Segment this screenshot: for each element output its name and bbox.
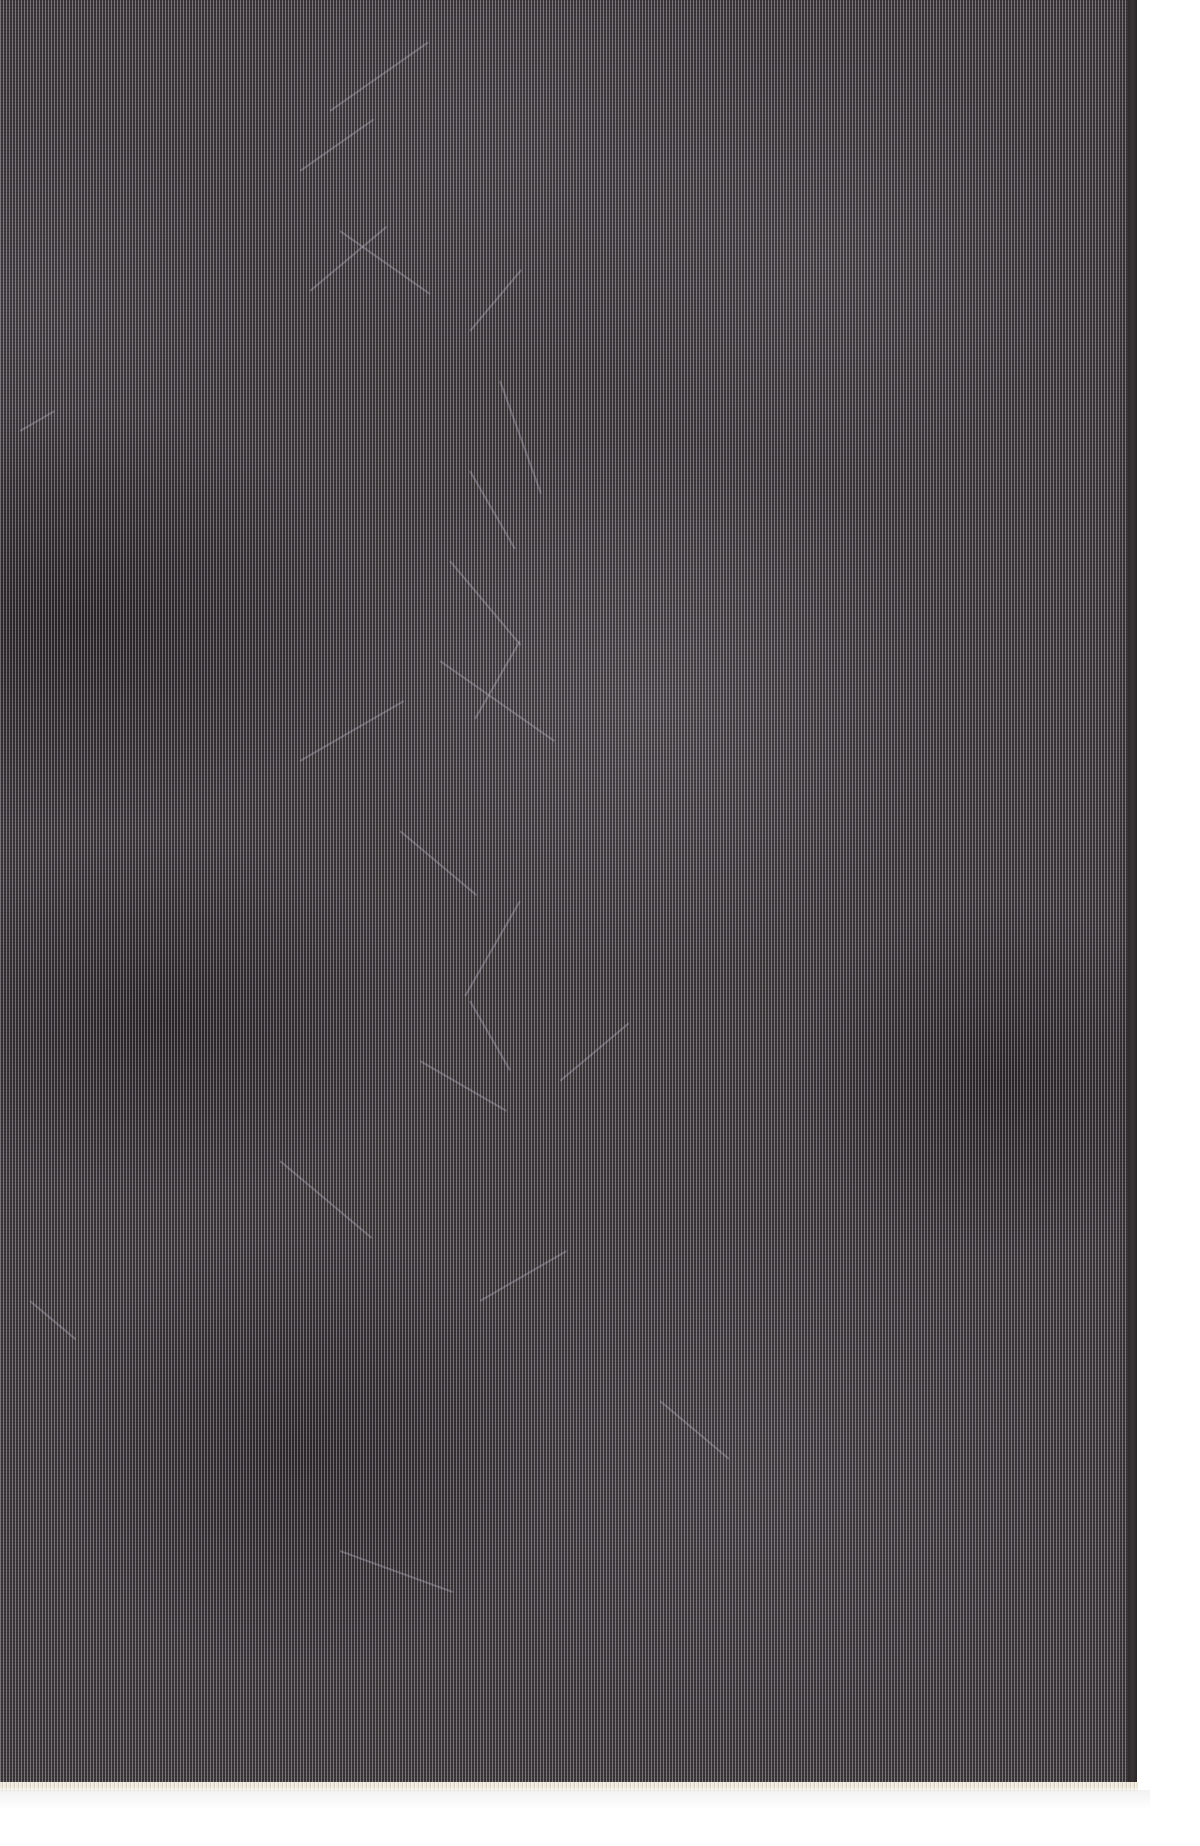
rug-side-selvage	[1128, 0, 1137, 1786]
product-photo	[0, 0, 1200, 1846]
rug-shadow	[0, 1790, 1150, 1810]
rug	[0, 0, 1136, 1786]
rug-weave-texture	[0, 0, 1136, 1786]
